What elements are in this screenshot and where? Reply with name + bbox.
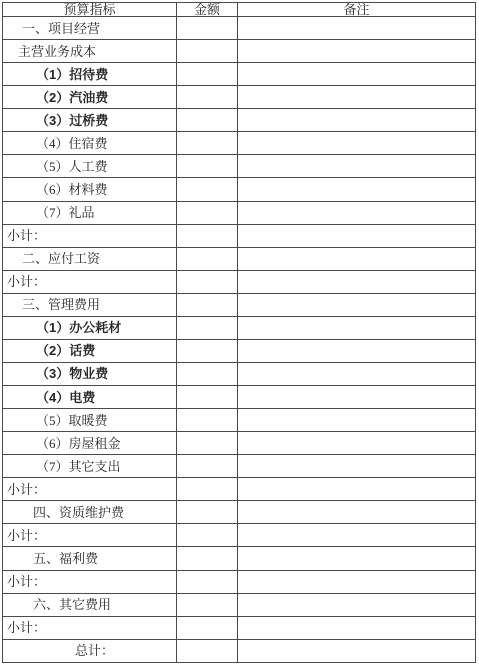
table-row: （3）过桥费	[3, 109, 476, 132]
indicator-cell: （7）礼品	[3, 201, 177, 224]
table-row: （7）其它支出	[3, 455, 476, 478]
table-row: （1）招待费	[3, 63, 476, 86]
indicator-cell: 小计：	[3, 616, 177, 639]
remark-cell[interactable]	[238, 386, 476, 409]
indicator-cell: 小计：	[3, 478, 177, 501]
amount-cell[interactable]	[177, 616, 238, 639]
indicator-cell: （6）材料费	[3, 178, 177, 201]
amount-cell[interactable]	[177, 132, 238, 155]
remark-cell[interactable]	[238, 201, 476, 224]
amount-cell[interactable]	[177, 547, 238, 570]
indicator-cell: （2）汽油费	[3, 86, 177, 109]
table-row: 六、其它费用	[3, 593, 476, 616]
table-row: 总计：	[3, 639, 476, 662]
remark-cell[interactable]	[238, 501, 476, 524]
remark-cell[interactable]	[238, 639, 476, 662]
remark-cell[interactable]	[238, 224, 476, 247]
remark-cell[interactable]	[238, 293, 476, 316]
budget-table: 预算指标 金额 备注 一、项目经营主营业务成本（1）招待费（2）汽油费（3）过桥…	[2, 2, 476, 663]
table-row: 五、福利费	[3, 547, 476, 570]
table-row: 小计：	[3, 270, 476, 293]
indicator-cell: （3）过桥费	[3, 109, 177, 132]
table-row: （4）电费	[3, 386, 476, 409]
remark-cell[interactable]	[238, 616, 476, 639]
amount-cell[interactable]	[177, 201, 238, 224]
amount-cell[interactable]	[177, 155, 238, 178]
header-budget-indicator: 预算指标	[3, 3, 177, 17]
indicator-cell: （3）物业费	[3, 362, 177, 385]
remark-cell[interactable]	[238, 86, 476, 109]
remark-cell[interactable]	[238, 455, 476, 478]
amount-cell[interactable]	[177, 639, 238, 662]
indicator-cell: （5）人工费	[3, 155, 177, 178]
indicator-cell: （6）房屋租金	[3, 432, 177, 455]
remark-cell[interactable]	[238, 547, 476, 570]
remark-cell[interactable]	[238, 570, 476, 593]
indicator-cell: 一、项目经营	[3, 17, 177, 40]
indicator-cell: （1）办公耗材	[3, 316, 177, 339]
remark-cell[interactable]	[238, 40, 476, 63]
amount-cell[interactable]	[177, 501, 238, 524]
table-row: （5）取暖费	[3, 409, 476, 432]
table-row: 四、资质维护费	[3, 501, 476, 524]
indicator-cell: 三、管理费用	[3, 293, 177, 316]
amount-cell[interactable]	[177, 17, 238, 40]
indicator-cell: 总计：	[3, 639, 177, 662]
table-row: （6）房屋租金	[3, 432, 476, 455]
table-row: （7）礼品	[3, 201, 476, 224]
table-row: 主营业务成本	[3, 40, 476, 63]
table-row: （4）住宿费	[3, 132, 476, 155]
amount-cell[interactable]	[177, 409, 238, 432]
remark-cell[interactable]	[238, 109, 476, 132]
amount-cell[interactable]	[177, 40, 238, 63]
remark-cell[interactable]	[238, 432, 476, 455]
amount-cell[interactable]	[177, 224, 238, 247]
indicator-cell: （1）招待费	[3, 63, 177, 86]
remark-cell[interactable]	[238, 316, 476, 339]
table-row: 小计：	[3, 570, 476, 593]
remark-cell[interactable]	[238, 409, 476, 432]
table-row: （6）材料费	[3, 178, 476, 201]
table-row: 小计：	[3, 616, 476, 639]
indicator-cell: （5）取暖费	[3, 409, 177, 432]
amount-cell[interactable]	[177, 339, 238, 362]
amount-cell[interactable]	[177, 270, 238, 293]
header-amount: 金额	[177, 3, 238, 17]
remark-cell[interactable]	[238, 339, 476, 362]
amount-cell[interactable]	[177, 316, 238, 339]
amount-cell[interactable]	[177, 524, 238, 547]
indicator-cell: 小计：	[3, 224, 177, 247]
indicator-cell: （2）话费	[3, 339, 177, 362]
table-row: 二、应付工资	[3, 247, 476, 270]
table-row: 小计：	[3, 478, 476, 501]
indicator-cell: 四、资质维护费	[3, 501, 177, 524]
table-row: （5）人工费	[3, 155, 476, 178]
remark-cell[interactable]	[238, 478, 476, 501]
remark-cell[interactable]	[238, 155, 476, 178]
table-row: （2）汽油费	[3, 86, 476, 109]
remark-cell[interactable]	[238, 524, 476, 547]
header-remark: 备注	[238, 3, 476, 17]
table-row: 小计：	[3, 524, 476, 547]
indicator-cell: 主营业务成本	[3, 40, 177, 63]
indicator-cell: （4）电费	[3, 386, 177, 409]
header-row: 预算指标 金额 备注	[3, 3, 476, 17]
indicator-cell: 五、福利费	[3, 547, 177, 570]
table-row: 一、项目经营	[3, 17, 476, 40]
amount-cell[interactable]	[177, 178, 238, 201]
remark-cell[interactable]	[238, 178, 476, 201]
amount-cell[interactable]	[177, 362, 238, 385]
amount-cell[interactable]	[177, 386, 238, 409]
table-row: （1）办公耗材	[3, 316, 476, 339]
indicator-cell: 小计：	[3, 570, 177, 593]
remark-cell[interactable]	[238, 362, 476, 385]
amount-cell[interactable]	[177, 63, 238, 86]
remark-cell[interactable]	[238, 17, 476, 40]
amount-cell[interactable]	[177, 109, 238, 132]
amount-cell[interactable]	[177, 432, 238, 455]
remark-cell[interactable]	[238, 593, 476, 616]
remark-cell[interactable]	[238, 63, 476, 86]
indicator-cell: （7）其它支出	[3, 455, 177, 478]
amount-cell[interactable]	[177, 593, 238, 616]
remark-cell[interactable]	[238, 132, 476, 155]
indicator-cell: 小计：	[3, 270, 177, 293]
table-row: （3）物业费	[3, 362, 476, 385]
amount-cell[interactable]	[177, 293, 238, 316]
indicator-cell: 六、其它费用	[3, 593, 177, 616]
table-row: 三、管理费用	[3, 293, 476, 316]
table-row: 小计：	[3, 224, 476, 247]
table-row: （2）话费	[3, 339, 476, 362]
indicator-cell: 小计：	[3, 524, 177, 547]
table-body: 一、项目经营主营业务成本（1）招待费（2）汽油费（3）过桥费（4）住宿费（5）人…	[3, 17, 476, 663]
amount-cell[interactable]	[177, 455, 238, 478]
remark-cell[interactable]	[238, 270, 476, 293]
indicator-cell: （4）住宿费	[3, 132, 177, 155]
amount-cell[interactable]	[177, 478, 238, 501]
remark-cell[interactable]	[238, 247, 476, 270]
amount-cell[interactable]	[177, 247, 238, 270]
budget-document-page: 预算指标 金额 备注 一、项目经营主营业务成本（1）招待费（2）汽油费（3）过桥…	[0, 0, 479, 665]
amount-cell[interactable]	[177, 570, 238, 593]
indicator-cell: 二、应付工资	[3, 247, 177, 270]
amount-cell[interactable]	[177, 86, 238, 109]
